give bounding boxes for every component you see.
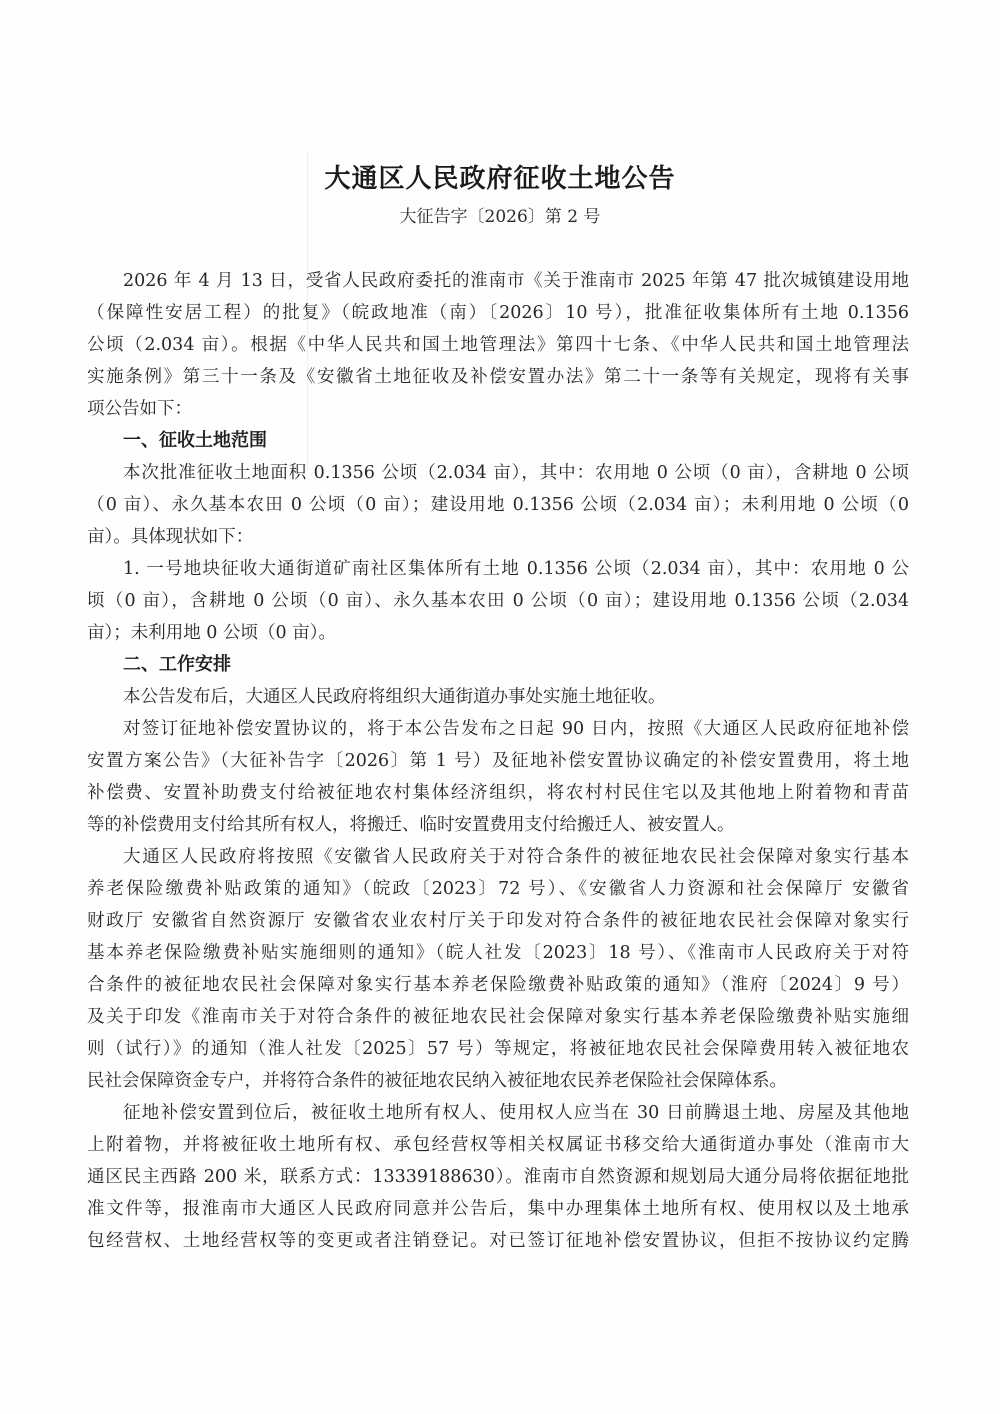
text-line: 亩）；未利用地 0 公顷（0 亩）。 — [87, 617, 909, 649]
land-surrender-paragraph: 征地补偿安置到位后，被征收土地所有权人、使用权人应当在 30 日前腾退土地、房屋… — [87, 1097, 909, 1257]
text-line: 包经营权、土地经营权等的变更或者注销登记。对已签订征地补偿安置协议，但拒不按协议… — [87, 1225, 909, 1257]
text-line: 及关于印发《淮南市关于对符合条件的被征地农民社会保障对象实行基本养老保险缴费补贴… — [87, 1001, 909, 1033]
text-line: 民社会保障资金专户，并将符合条件的被征地农民纳入被征地农民养老保险社会保障体系。 — [87, 1065, 909, 1097]
section-heading-land-scope: 一、征收土地范围 — [87, 425, 909, 457]
intro-paragraph: 2026 年 4 月 13 日，受省人民政府委托的淮南市《关于淮南市 2025 … — [87, 265, 909, 425]
text-line: （0 亩）、永久基本农田 0 公顷（0 亩）；建设用地 0.1356 公顷（2.… — [87, 489, 909, 521]
text-line: 安置方案公告》（大征补告字〔2026〕第 1 号）及征地补偿安置协议确定的补偿安… — [87, 745, 909, 777]
document-body: 2026 年 4 月 13 日，受省人民政府委托的淮南市《关于淮南市 2025 … — [87, 265, 909, 1257]
land-area-paragraph: 本次批准征收土地面积 0.1356 公顷（2.034 亩），其中：农用地 0 公… — [87, 457, 909, 553]
social-security-paragraph: 大通区人民政府将按照《安徽省人民政府关于对符合条件的被征地农民社会保障对象实行基… — [87, 841, 909, 1097]
document-title: 大通区人民政府征收土地公告 — [0, 158, 1000, 195]
section-heading-work-arrangement: 二、工作安排 — [87, 649, 909, 681]
text-line: 2026 年 4 月 13 日，受省人民政府委托的淮南市《关于淮南市 2025 … — [87, 265, 909, 297]
text-line: 对签订征地补偿安置协议的，将于本公告发布之日起 90 日内，按照《大通区人民政府… — [87, 713, 909, 745]
text-line: 准文件等，报淮南市大通区人民政府同意并公告后，集中办理集体土地所有权、使用权以及… — [87, 1193, 909, 1225]
text-line: 等的补偿费用支付给其所有权人，将搬迁、临时安置费用支付给搬迁人、被安置人。 — [87, 809, 909, 841]
text-line: 上附着物，并将被征收土地所有权、承包经营权等相关权属证书移交给大通街道办事处（淮… — [87, 1129, 909, 1161]
compensation-paragraph: 对签订征地补偿安置协议的，将于本公告发布之日起 90 日内，按照《大通区人民政府… — [87, 713, 909, 841]
implementation-paragraph: 本公告发布后，大通区人民政府将组织大通街道办事处实施土地征收。 — [87, 681, 909, 713]
text-line: 1. 一号地块征收大通街道矿南社区集体所有土地 0.1356 公顷（2.034 … — [87, 553, 909, 585]
text-line: 补偿费、安置补助费支付给被征地农村集体经济组织，将农村村民住宅以及其他地上附着物… — [87, 777, 909, 809]
document-number: 大征告字〔2026〕第 2 号 — [0, 202, 1000, 227]
text-line: （保障性安居工程）的批复》（皖政地准（南）〔2026〕10 号），批准征收集体所… — [87, 297, 909, 329]
text-line: 则（试行）》的通知（淮人社发〔2025〕57 号）等规定，将被征地农民社会保障费… — [87, 1033, 909, 1065]
text-line: 养老保险缴费补贴政策的通知》（皖政〔2023〕72 号）、《安徽省人力资源和社会… — [87, 873, 909, 905]
text-line: 合条件的被征地农民社会保障对象实行基本养老保险缴费补贴政策的通知》（淮府〔202… — [87, 969, 909, 1001]
text-line: 基本养老保险缴费补贴实施细则的通知》（皖人社发〔2023〕18 号）、《淮南市人… — [87, 937, 909, 969]
text-line: 公顷（2.034 亩）。根据《中华人民共和国土地管理法》第四十七条、《中华人民共… — [87, 329, 909, 361]
text-line: 大通区人民政府将按照《安徽省人民政府关于对符合条件的被征地农民社会保障对象实行基… — [87, 841, 909, 873]
text-line: 财政厅 安徽省自然资源厅 安徽省农业农村厅关于印发对符合条件的被征地农民社会保障… — [87, 905, 909, 937]
text-line: 征地补偿安置到位后，被征收土地所有权人、使用权人应当在 30 日前腾退土地、房屋… — [87, 1097, 909, 1129]
text-line: 项公告如下： — [87, 393, 909, 425]
text-line: 顷（0 亩），含耕地 0 公顷（0 亩）、永久基本农田 0 公顷（0 亩）；建设… — [87, 585, 909, 617]
plot-one-paragraph: 1. 一号地块征收大通街道矿南社区集体所有土地 0.1356 公顷（2.034 … — [87, 553, 909, 649]
text-line: 通区民主西路 200 米，联系方式：13339188630）。淮南市自然资源和规… — [87, 1161, 909, 1193]
text-line: 实施条例》第三十一条及《安徽省土地征收及补偿安置办法》第二十一条等有关规定，现将… — [87, 361, 909, 393]
text-line: 本公告发布后，大通区人民政府将组织大通街道办事处实施土地征收。 — [87, 681, 909, 713]
document-page: 大通区人民政府征收土地公告 大征告字〔2026〕第 2 号 2026 年 4 月… — [0, 0, 1000, 1414]
text-line: 亩）。具体现状如下： — [87, 521, 909, 553]
text-line: 本次批准征收土地面积 0.1356 公顷（2.034 亩），其中：农用地 0 公… — [87, 457, 909, 489]
